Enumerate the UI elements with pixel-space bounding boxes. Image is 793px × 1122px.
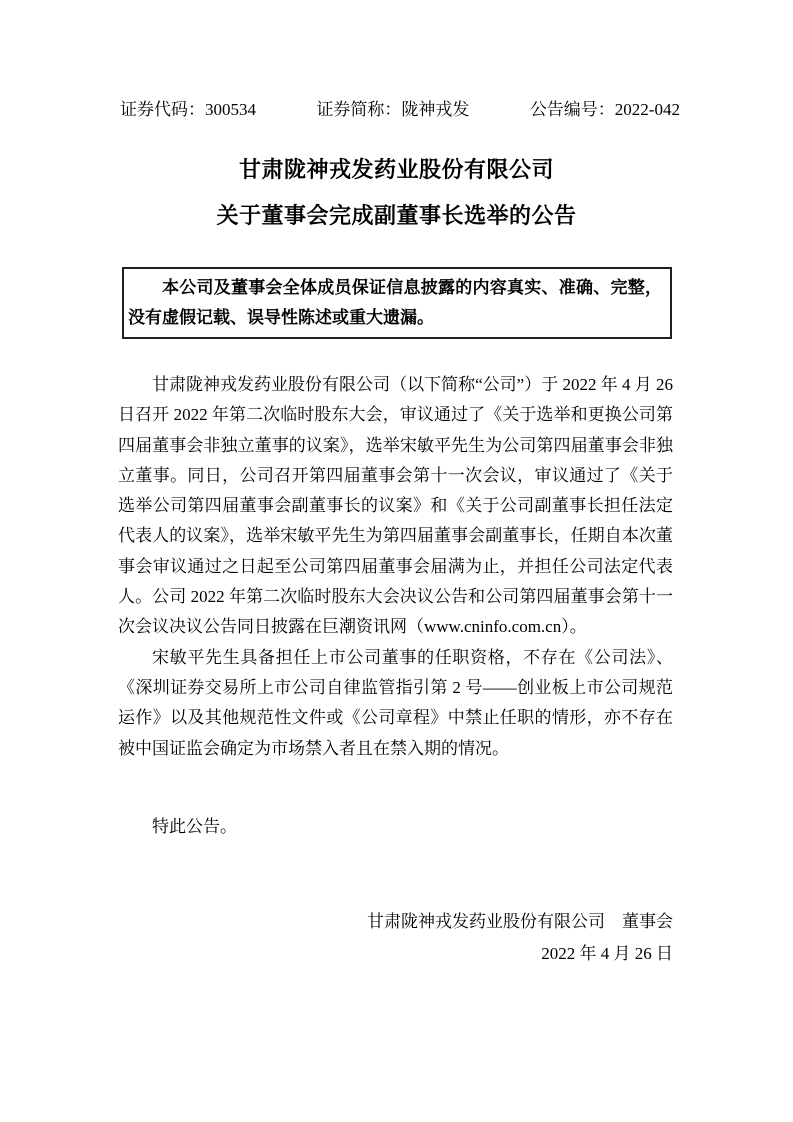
securities-header: 证券代码：300534 证券简称：陇神戎发 公告编号：2022-042 (120, 95, 680, 120)
signature-block: 甘肃陇神戎发药业股份有限公司 董事会 2022 年 4 月 26 日 (118, 906, 673, 970)
stock-name: 证券简称：陇神戎发 (316, 95, 469, 120)
signature-company: 甘肃陇神戎发药业股份有限公司 董事会 (118, 906, 673, 938)
announcement-page: 证券代码：300534 证券简称：陇神戎发 公告编号：2022-042 甘肃陇神… (0, 0, 793, 1122)
disclaimer-box: 本公司及董事会全体成员保证信息披露的内容真实、准确、完整，没有虚假记载、误导性陈… (122, 267, 672, 339)
signature-date: 2022 年 4 月 26 日 (118, 938, 673, 970)
disclaimer-text: 本公司及董事会全体成员保证信息披露的内容真实、准确、完整，没有虚假记载、误导性陈… (128, 273, 662, 333)
body-paragraph-1: 甘肃陇神戎发药业股份有限公司（以下简称“公司”）于 2022 年 4 月 26 … (118, 370, 673, 643)
announcement-number: 公告编号：2022-042 (530, 95, 680, 120)
announcement-body: 甘肃陇神戎发药业股份有限公司（以下简称“公司”）于 2022 年 4 月 26 … (118, 370, 673, 970)
announcement-title: 关于董事会完成副董事长选举的公告 (0, 199, 793, 230)
company-title: 甘肃陇神戎发药业股份有限公司 (0, 153, 793, 184)
body-paragraph-2: 宋敏平先生具备担任上市公司董事的任职资格，不存在《公司法》、《深圳证券交易所上市… (118, 643, 673, 764)
closing-note: 特此公告。 (118, 812, 673, 842)
stock-code: 证券代码：300534 (120, 95, 256, 120)
